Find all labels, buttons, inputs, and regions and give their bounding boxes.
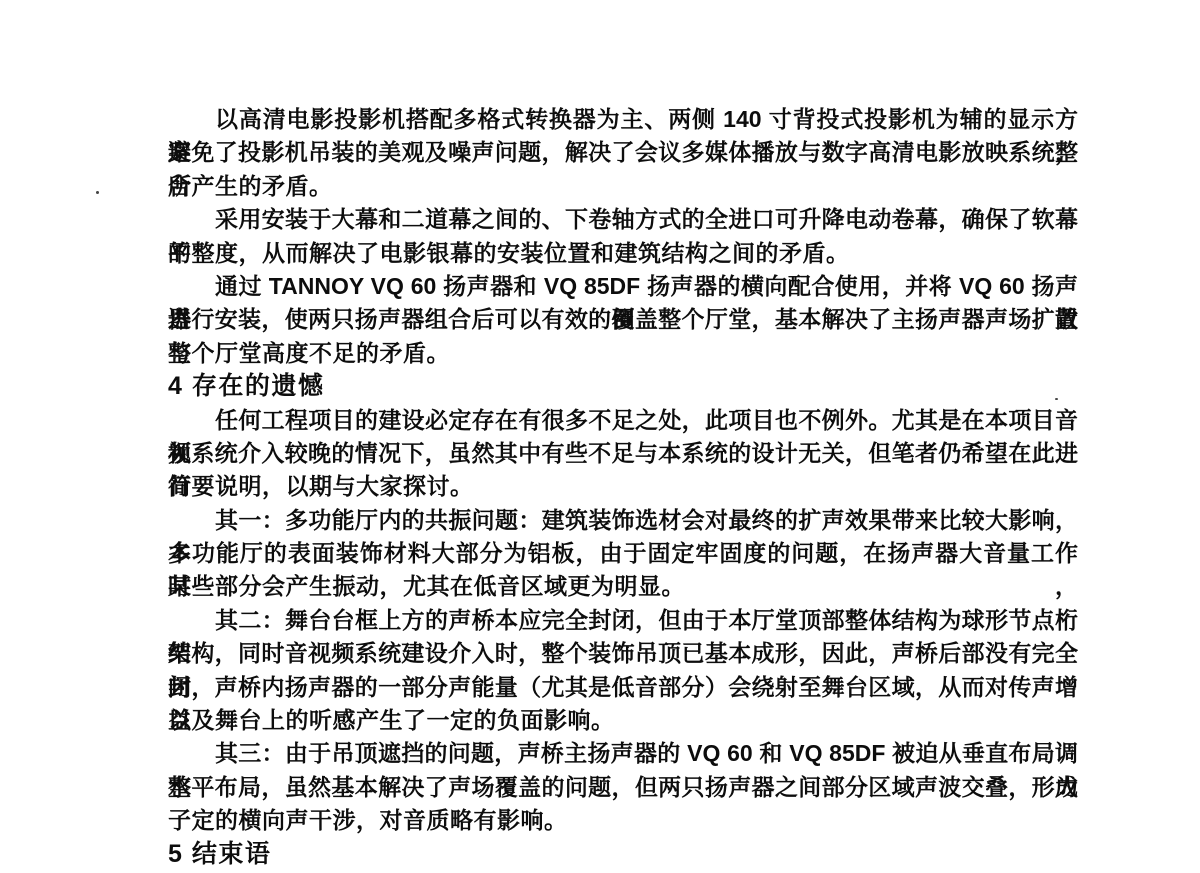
text-line: 整个厅堂高度不足的矛盾。: [168, 337, 1078, 370]
scan-speck: [96, 191, 99, 194]
document-page: 以高清电影投影机搭配多格式转换器为主、两侧 140 寸背投式投影机为辅的显示方案…: [168, 103, 1078, 871]
text-line: 平整度，从而解决了电影银幕的安装位置和建筑结构之间的矛盾。: [168, 237, 1078, 270]
text-line: 多功能厅的表面装饰材料大部分为铝板，由于固定牢固度的问题，在扬声器大音量工作时，: [168, 537, 1078, 570]
text-line: 水平布局，虽然基本解决了声场覆盖的问题，但两只扬声器之间部分区域声波交叠，形成了: [168, 771, 1078, 804]
text-line: 其一：多功能厅内的共振问题：建筑装饰选材会对最终的扩声效果带来比较大影响，本: [168, 504, 1078, 537]
text-line: 结构，同时音视频系统建设介入时，整个装饰吊顶已基本成形，因此，声桥后部没有完全封: [168, 637, 1078, 670]
text-line: 所产生的矛盾。: [168, 170, 1078, 203]
section-5-heading: 5 结束语: [168, 838, 1078, 871]
text-line: 其二：舞台台框上方的声桥本应完全封闭，但由于本厅堂顶部整体结构为球形节点桁架: [168, 604, 1078, 637]
text-line: 进行安装，使两只扬声器组合后可以有效的覆盖整个厅堂，基本解决了主扬声器声场扩散与: [168, 303, 1078, 336]
section-4-heading: 4 存在的遗憾: [168, 370, 1078, 403]
text-line: 一定的横向声干涉，对音质略有影响。: [168, 804, 1078, 837]
text-line: 以及舞台上的听感产生了一定的负面影响。: [168, 704, 1078, 737]
scan-speck: [1055, 398, 1058, 400]
text-line: 通过 TANNOY VQ 60 扬声器和 VQ 85DF 扬声器的横向配合使用，…: [168, 270, 1078, 303]
text-line: 以高清电影投影机搭配多格式转换器为主、两侧 140 寸背投式投影机为辅的显示方案…: [168, 103, 1078, 136]
text-line: 采用安装于大幕和二道幕之间的、下卷轴方式的全进口可升降电动卷幕，确保了软幕的: [168, 203, 1078, 236]
text-line: 闭，声桥内扬声器的一部分声能量（尤其是低音部分）会绕射至舞台区域，从而对传声增益: [168, 671, 1078, 704]
text-line: 其三：由于吊顶遮挡的问题，声桥主扬声器的 VQ 60 和 VQ 85DF 被迫从…: [168, 737, 1078, 770]
text-line: 任何工程项目的建设必定存在有很多不足之处，此项目也不例外。尤其是在本项目音视: [168, 404, 1078, 437]
text-line: 频系统介入较晚的情况下，虽然其中有些不足与本系统的设计无关，但笔者仍希望在此进行: [168, 437, 1078, 470]
text-line: 简要说明，以期与大家探讨。: [168, 470, 1078, 503]
text-line: 避免了投影机吊装的美观及噪声问题，解决了会议多媒体播放与数字高清电影放映系统整合: [168, 136, 1078, 169]
